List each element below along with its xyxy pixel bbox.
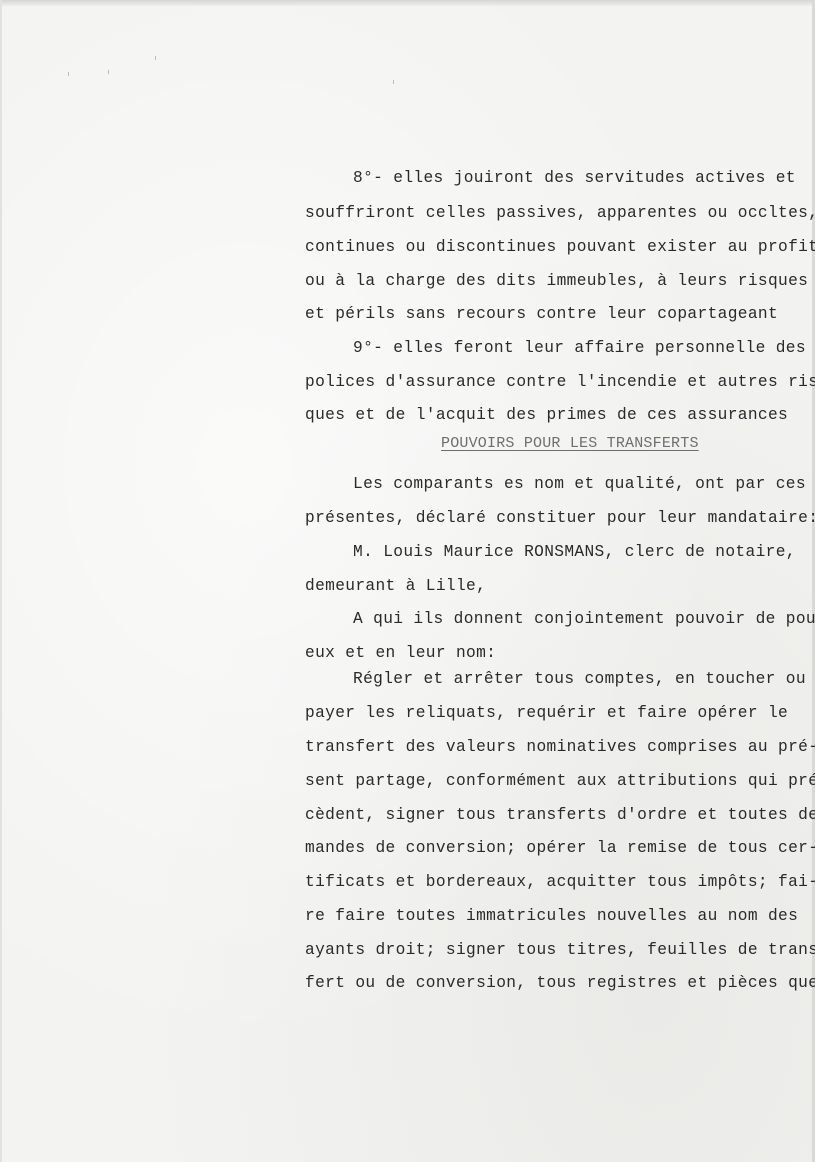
text-line: sent partage, conformément aux attributi… — [305, 771, 815, 791]
scanned-document-page: 8°- elles jouiront des servitudes active… — [0, 0, 815, 1162]
text-line: mandes de conversion; opérer la remise d… — [305, 838, 815, 858]
scan-speck — [155, 56, 156, 60]
text-line: Régler et arrêter tous comptes, en touch… — [353, 669, 806, 689]
text-line: ques et de l'acquit des primes de ces as… — [305, 405, 788, 425]
text-line: ayants droit; signer tous titres, feuill… — [305, 940, 815, 960]
text-line: re faire toutes immatricules nouvelles a… — [305, 906, 798, 926]
page-left-edge — [0, 0, 2, 1162]
scan-speck — [108, 70, 109, 74]
section-heading: POUVOIRS POUR LES TRANSFERTS — [441, 434, 699, 454]
text-line: M. Louis Maurice RONSMANS, clerc de nota… — [353, 542, 796, 562]
text-line: ou à la charge des dits immeubles, à leu… — [305, 271, 808, 291]
text-line: eux et en leur nom: — [305, 643, 496, 663]
text-line: 9°- elles feront leur affaire personnell… — [353, 338, 806, 358]
page-top-edge — [0, 0, 815, 6]
text-line: souffriront celles passives, apparentes … — [305, 203, 815, 223]
text-line: Les comparants es nom et qualité, ont pa… — [353, 474, 806, 494]
text-line: fert ou de conversion, tous registres et… — [305, 973, 815, 993]
text-line: A qui ils donnent conjointement pouvoir … — [353, 609, 815, 629]
text-line: tificats et bordereaux, acquitter tous i… — [305, 872, 815, 892]
text-line: polices d'assurance contre l'incendie et… — [305, 372, 815, 392]
text-line: 8°- elles jouiront des servitudes active… — [353, 168, 796, 188]
text-line: présentes, déclaré constituer pour leur … — [305, 508, 815, 528]
scan-speck — [393, 80, 394, 84]
text-line: transfert des valeurs nominatives compri… — [305, 737, 815, 757]
text-line: payer les reliquats, requérir et faire o… — [305, 703, 788, 723]
scan-speck — [68, 72, 69, 76]
text-line: demeurant à Lille, — [305, 576, 486, 596]
text-line: continues ou discontinues pouvant existe… — [305, 237, 815, 257]
text-line: et périls sans recours contre leur copar… — [305, 304, 778, 324]
text-line: cèdent, signer tous transferts d'ordre e… — [305, 805, 815, 825]
